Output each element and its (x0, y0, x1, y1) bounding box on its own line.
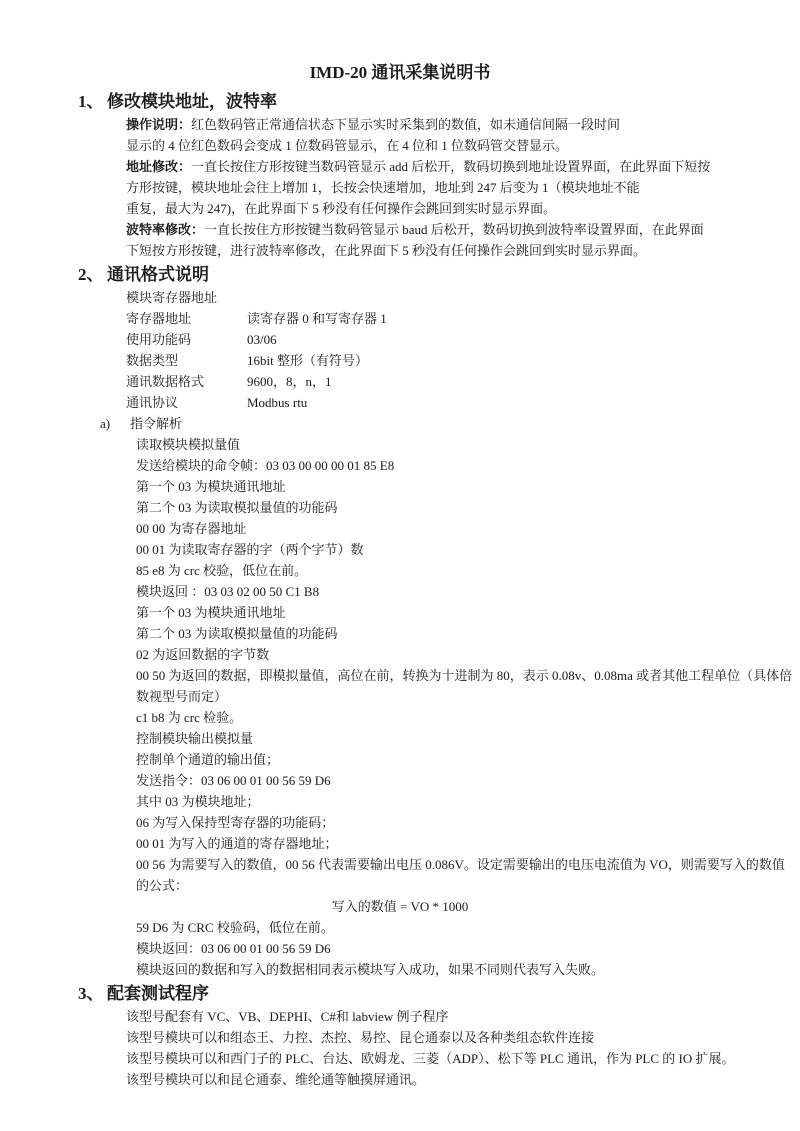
section-2-title: 通讯格式说明 (107, 265, 209, 284)
spec-value: 读寄存器 0 和写寄存器 1 (247, 311, 387, 326)
body-line: 第二个 03 为读取模拟量值的功能码 (136, 623, 800, 644)
body-line: 发送给模块的命令帧：03 03 00 00 00 01 85 E8 (136, 455, 800, 476)
body-line: 00 56 为需要写入的数值，00 56 代表需要输出电压 0.086V。设定需… (136, 854, 800, 875)
document-page: IMD-20 通讯采集说明书 1、修改模块地址，波特率 操作说明：红色数码管正常… (0, 0, 800, 1131)
spec-label: 寄存器地址 (126, 308, 247, 329)
body-line: 模块寄存器地址 (126, 287, 800, 308)
section-1-number: 1、 (78, 90, 107, 114)
body-line: 控制模块输出模拟量 (136, 728, 800, 749)
addr-text: 一直长按住方形按键当数码管显示 add 后松开，数码切换到地址设置界面，在此界面… (191, 159, 710, 174)
section-2-heading: 2、通讯格式说明 (78, 263, 800, 287)
op-label: 操作说明： (126, 117, 191, 132)
body-line: 重复，最大为 247)，在此界面下 5 秒没有任何操作会跳回到实时显示界面。 (126, 198, 800, 219)
body-line: c1 b8 为 crc 检验。 (136, 707, 800, 728)
body-line: 操作说明：红色数码管正常通信状态下显示实时采集到的数值，如未通信间隔一段时间 (126, 114, 800, 135)
body-line: 波特率修改：一直长按住方形按键当数码管显示 baud 后松开，数码切换到波特率设… (126, 219, 800, 240)
spec-value: Modbus rtu (247, 395, 307, 410)
body-line: 00 01 为读取寄存器的字（两个字节）数 (136, 539, 800, 560)
body-line: 发送指令：03 06 00 01 00 56 59 D6 (136, 770, 800, 791)
body-line: 59 D6 为 CRC 校验码，低位在前。 (136, 917, 800, 938)
spec-row: 寄存器地址读寄存器 0 和写寄存器 1 (126, 308, 800, 329)
op-text: 红色数码管正常通信状态下显示实时采集到的数值，如未通信间隔一段时间 (191, 117, 620, 132)
body-line: 其中 03 为模块地址； (136, 791, 800, 812)
body-line: 该型号模块可以和昆仑通泰、维纶通等触摸屏通讯。 (126, 1069, 800, 1090)
body-line: 的公式： (136, 875, 800, 896)
body-line: 第一个 03 为模块通讯地址 (136, 476, 800, 497)
section-3-number: 3、 (78, 982, 107, 1006)
body-line: 02 为返回数据的字节数 (136, 644, 800, 665)
body-line: 该型号配套有 VC、VB、DEPHI、C#和 labview 例子程序 (126, 1006, 800, 1027)
body-line: 模块返回：03 06 00 01 00 56 59 D6 (136, 938, 800, 959)
doc-title: IMD-20 通讯采集说明书 (0, 62, 800, 84)
body-line: 06 为写入保持型寄存器的功能码； (136, 812, 800, 833)
list-item-a: a)指令解析 (100, 413, 800, 434)
section-3-heading: 3、配套测试程序 (78, 982, 800, 1006)
spec-row: 通讯协议Modbus rtu (126, 392, 800, 413)
addr-label: 地址修改： (126, 159, 191, 174)
spec-row: 通讯数据格式9600，8，n，1 (126, 371, 800, 392)
formula-line: 写入的数值 = VO * 1000 (0, 896, 800, 917)
body-line: 00 00 为寄存器地址 (136, 518, 800, 539)
baud-text: 一直长按住方形按键当数码管显示 baud 后松开，数码切换到波特率设置界面，在此… (204, 222, 704, 237)
spec-value: 16bit 整形（有符号） (247, 353, 368, 368)
spec-value: 03/06 (247, 332, 277, 347)
body-line: 读取模块模拟量值 (136, 434, 800, 455)
spec-label: 通讯数据格式 (126, 371, 247, 392)
list-marker: a) (100, 413, 130, 434)
body-line: 模块返回的数据和写入的数据相同表示模块写入成功，如果不同则代表写入失败。 (136, 959, 800, 980)
body-line: 地址修改：一直长按住方形按键当数码管显示 add 后松开，数码切换到地址设置界面… (126, 156, 800, 177)
section-1-heading: 1、修改模块地址，波特率 (78, 90, 800, 114)
body-line: 00 50 为返回的数据，即模拟量值，高位在前，转换为十进制为 80，表示 0.… (136, 665, 800, 686)
body-line: 该型号模块可以和组态王、力控、杰控、易控、昆仑通泰以及各种类组态软件连接 (126, 1027, 800, 1048)
section-3-title: 配套测试程序 (107, 984, 209, 1003)
section-1-title: 修改模块地址，波特率 (107, 92, 277, 111)
body-line: 85 e8 为 crc 校验，低位在前。 (136, 560, 800, 581)
body-line: 第二个 03 为读取模拟量值的功能码 (136, 497, 800, 518)
body-line: 该型号模块可以和西门子的 PLC、台达、欧姆龙、三菱（ADP）、松下等 PLC … (126, 1048, 800, 1069)
body-line: 下短按方形按键，进行波特率修改，在此界面下 5 秒没有任何操作会跳回到实时显示界… (126, 240, 800, 261)
body-line: 模块返回 ：03 03 02 00 50 C1 B8 (136, 581, 800, 602)
body-line: 控制单个通道的输出值； (136, 749, 800, 770)
list-item-title: 指令解析 (130, 416, 182, 431)
section-2-number: 2、 (78, 263, 107, 287)
spec-label: 通讯协议 (126, 392, 247, 413)
body-line: 方形按键，模块地址会往上增加 1，长按会快速增加，地址到 247 后变为 1（模… (126, 177, 800, 198)
spec-label: 使用功能码 (126, 329, 247, 350)
spec-label: 数据类型 (126, 350, 247, 371)
baud-label: 波特率修改： (126, 222, 204, 237)
body-line: 显示的 4 位红色数码会变成 1 位数码管显示，在 4 位和 1 位数码管交替显… (126, 135, 800, 156)
spec-value: 9600，8，n，1 (247, 374, 332, 389)
body-line: 第一个 03 为模块通讯地址 (136, 602, 800, 623)
body-line: 数视型号而定） (136, 686, 800, 707)
spec-row: 使用功能码03/06 (126, 329, 800, 350)
spec-row: 数据类型16bit 整形（有符号） (126, 350, 800, 371)
body-line: 00 01 为写入的通道的寄存器地址； (136, 833, 800, 854)
